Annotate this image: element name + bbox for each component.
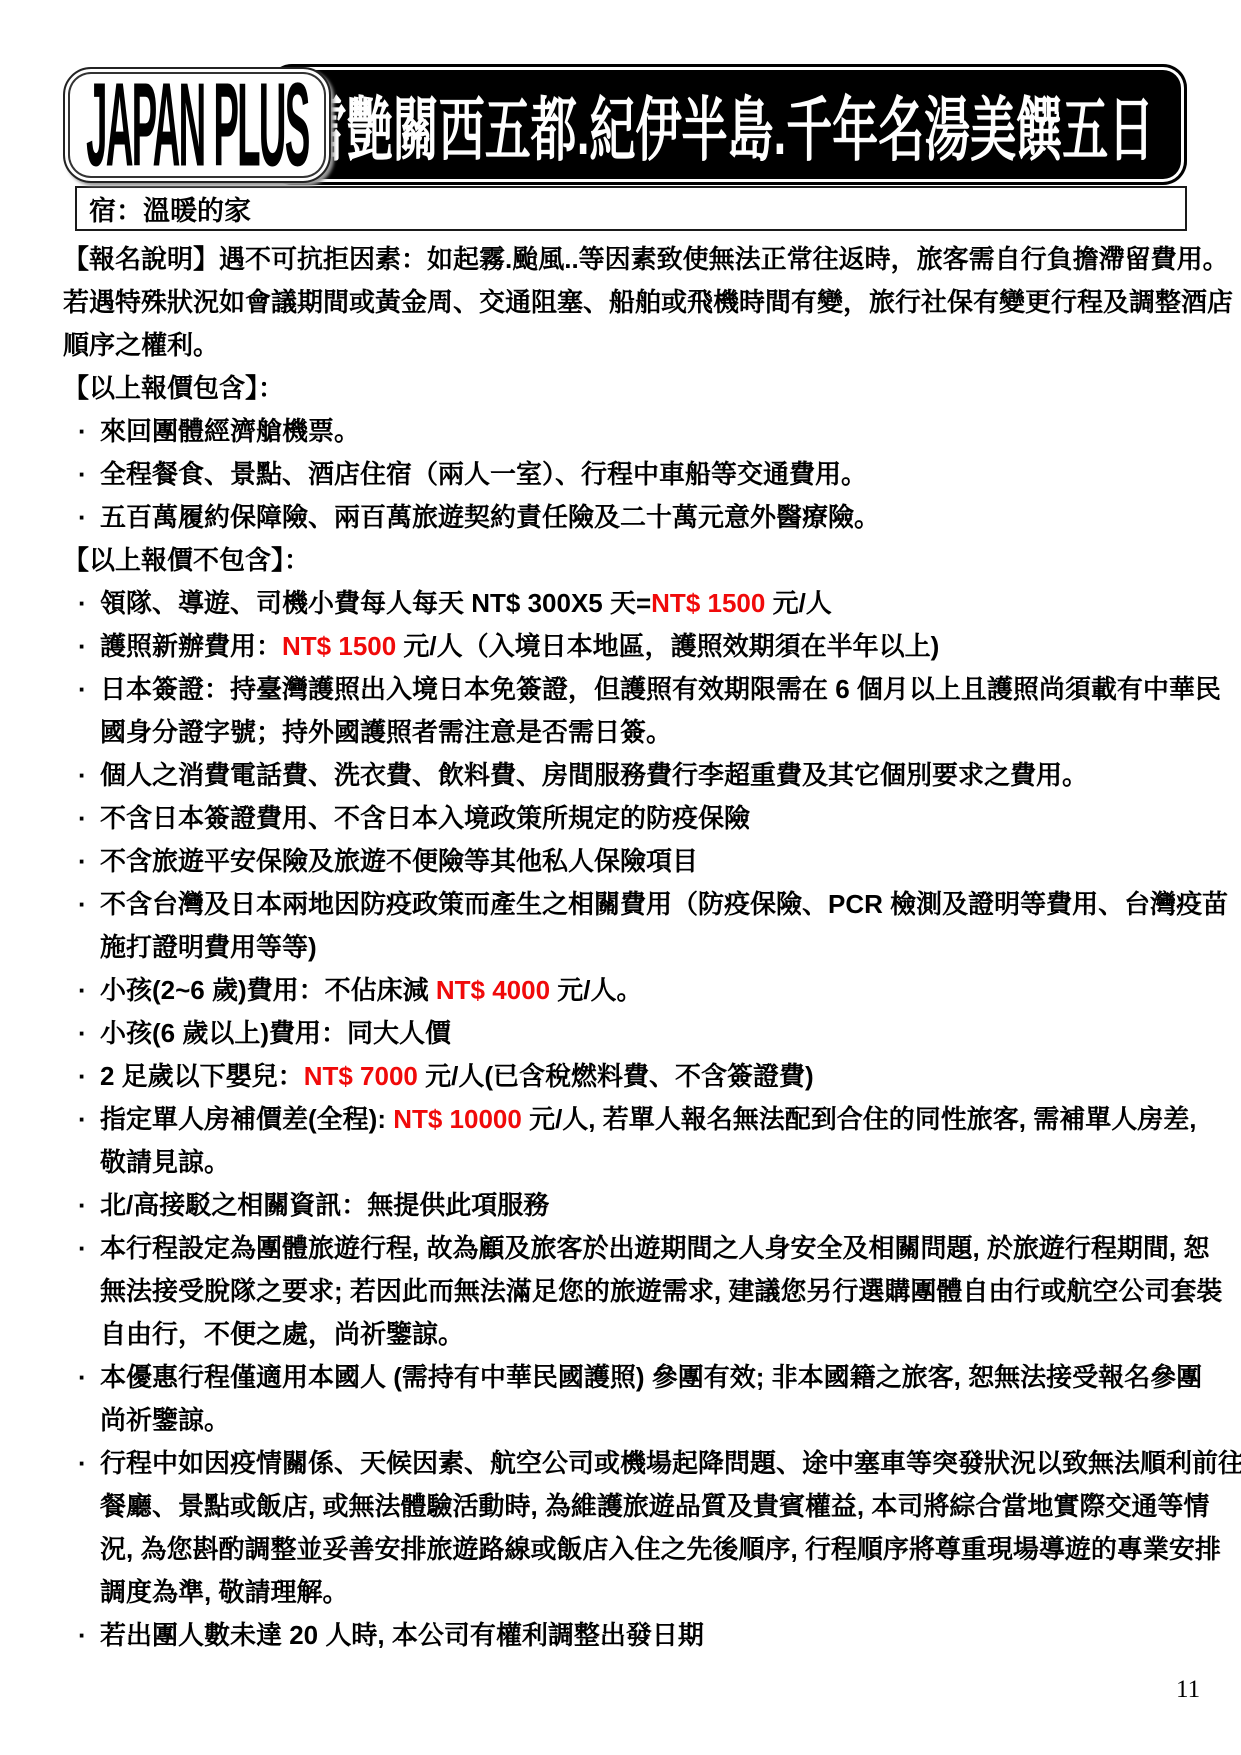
text-line: 尚祈鑒諒。 <box>63 1399 1191 1442</box>
bullet-line: ·不含旅遊平安保險及旅遊不便險等其他私人保險項目 <box>63 840 1191 883</box>
text-segment: 【以上報價不包含】： <box>63 545 310 575</box>
text-segment: 若出團人數未達 20 人時, 本公司有權利調整出發日期 <box>100 1620 704 1650</box>
text-segment: 領隊、導遊、司機小費每人每天 NT$ 300X5 天= <box>100 588 651 618</box>
price-highlight: NT$ 1500 <box>651 588 765 618</box>
bullet-icon: · <box>78 840 87 883</box>
text-segment: 【報名說明】遇不可抗拒因素：如起霧.颱風..等因素致使無法正常往返時，旅客需自行… <box>63 244 1229 274</box>
price-highlight: NT$ 4000 <box>436 975 550 1005</box>
text-segment: 護照新辦費用： <box>100 631 282 661</box>
text-segment: 若遇特殊狀況如會議期間或黃金周、交通阻塞、船舶或飛機時間有變，旅行社保有變更行程… <box>63 287 1233 317</box>
text-line: 自由行，不便之處，尚祈鑒諒。 <box>63 1313 1191 1356</box>
text-line: 餐廳、景點或飯店, 或無法體驗活動時, 為維護旅遊品質及貴賓權益, 本司將綜合當… <box>63 1485 1191 1528</box>
bullet-icon: · <box>78 1614 87 1657</box>
bullet-line: ·行程中如因疫情關係、天候因素、航空公司或機場起降問題、途中塞車等突發狀況以致無… <box>63 1442 1191 1485</box>
text-line: 無法接受脫隊之要求; 若因此而無法滿足您的旅遊需求, 建議您另行選購團體自由行或… <box>63 1270 1191 1313</box>
text-segment: 行程中如因疫情關係、天候因素、航空公司或機場起降問題、途中塞車等突發狀況以致無法… <box>100 1448 1241 1478</box>
text-segment: 不含台灣及日本兩地因防疫政策而產生之相關費用（防疫保險、PCR 檢測及證明等費用… <box>100 889 1228 919</box>
bullet-icon: · <box>78 410 87 453</box>
text-segment: 元/人(已含稅燃料費、不含簽證費) <box>418 1061 814 1091</box>
page-header: 雪艷關西五都.紀伊半島.千年名湯美饌五日 JAPAN PLUS <box>63 64 1187 185</box>
lodging-label: 宿：溫暖的家 <box>77 189 251 228</box>
bullet-line: ·小孩(6 歲以上)費用：同大人價 <box>63 1012 1191 1055</box>
text-segment: 餐廳、景點或飯店, 或無法體驗活動時, 為維護旅遊品質及貴賓權益, 本司將綜合當… <box>100 1491 1209 1521</box>
price-highlight: NT$ 1500 <box>282 631 396 661</box>
text-segment: 無法接受脫隊之要求; 若因此而無法滿足您的旅遊需求, 建議您另行選購團體自由行或… <box>100 1276 1222 1306</box>
bullet-icon: · <box>78 496 87 539</box>
text-segment: 個人之消費電話費、洗衣費、飲料費、房間服務費行李超重費及其它個別要求之費用。 <box>100 760 1088 790</box>
text-segment: 元/人。 <box>550 975 642 1005</box>
bullet-icon: · <box>78 1184 87 1227</box>
bullet-icon: · <box>78 582 87 625</box>
japan-plus-logo: JAPAN PLUS <box>63 67 331 183</box>
bullet-icon: · <box>78 625 87 668</box>
title-banner: 雪艷關西五都.紀伊半島.千年名湯美饌五日 <box>268 64 1187 185</box>
text-segment: 本優惠行程僅適用本國人 (需持有中華民國護照) 參團有效; 非本國籍之旅客, 恕… <box>100 1362 1202 1392</box>
bullet-icon: · <box>78 1055 87 1098</box>
bullet-line: ·不含日本簽證費用、不含日本入境政策所規定的防疫保險 <box>63 797 1191 840</box>
bullet-line: ·小孩(2~6 歲)費用：不佔床減 NT$ 4000 元/人。 <box>63 969 1191 1012</box>
text-segment: 不含日本簽證費用、不含日本入境政策所規定的防疫保險 <box>100 803 750 833</box>
logo-text: JAPAN PLUS <box>86 57 308 194</box>
text-segment: 順序之權利。 <box>63 330 219 360</box>
text-segment: 況, 為您斟酌調整並妥善安排旅遊路線或飯店入住之先後順序, 行程順序將尊重現場導… <box>100 1534 1221 1564</box>
text-line: 施打證明費用等等) <box>63 926 1191 969</box>
price-highlight: NT$ 10000 <box>393 1104 522 1134</box>
text-segment: 五百萬履約保障險、兩百萬旅遊契約責任險及二十萬元意外醫療險。 <box>100 502 880 532</box>
text-segment: 施打證明費用等等) <box>100 932 317 962</box>
text-line: 【報名說明】遇不可抗拒因素：如起霧.颱風..等因素致使無法正常往返時，旅客需自行… <box>63 238 1191 281</box>
tour-title: 雪艷關西五都.紀伊半島.千年名湯美饌五日 <box>301 74 1155 174</box>
text-segment: 元/人, 若單人報名無法配到合住的同性旅客, 需補單人房差, <box>522 1104 1197 1134</box>
text-line: 敬請見諒。 <box>63 1141 1191 1184</box>
text-segment: 北/高接駁之相關資訊：無提供此項服務 <box>100 1190 549 1220</box>
bullet-line: ·若出團人數未達 20 人時, 本公司有權利調整出發日期 <box>63 1614 1191 1657</box>
text-line: 順序之權利。 <box>63 324 1191 367</box>
text-line: 調度為準, 敬請理解。 <box>63 1571 1191 1614</box>
bullet-icon: · <box>78 453 87 496</box>
bullet-line: ·本行程設定為團體旅遊行程, 故為顧及旅客於出遊期間之人身安全及相關問題, 於旅… <box>63 1227 1191 1270</box>
bullet-line: ·北/高接駁之相關資訊：無提供此項服務 <box>63 1184 1191 1227</box>
bullet-line: ·本優惠行程僅適用本國人 (需持有中華民國護照) 參團有效; 非本國籍之旅客, … <box>63 1356 1191 1399</box>
text-line: 若遇特殊狀況如會議期間或黃金周、交通阻塞、船舶或飛機時間有變，旅行社保有變更行程… <box>63 281 1191 324</box>
bullet-icon: · <box>78 883 87 926</box>
text-segment: 小孩(2~6 歲)費用：不佔床減 <box>100 975 436 1005</box>
bullet-icon: · <box>78 1012 87 1055</box>
text-segment: 全程餐食、景點、酒店住宿（兩人一室）、行程中車船等交通費用。 <box>100 459 867 489</box>
text-line: 況, 為您斟酌調整並妥善安排旅遊路線或飯店入住之先後順序, 行程順序將尊重現場導… <box>63 1528 1191 1571</box>
bullet-icon: · <box>78 1442 87 1485</box>
bullet-line: ·2 足歲以下嬰兒：NT$ 7000 元/人(已含稅燃料費、不含簽證費) <box>63 1055 1191 1098</box>
bullet-line: ·護照新辦費用：NT$ 1500 元/人（入境日本地區，護照效期須在半年以上) <box>63 625 1191 668</box>
bullet-line: ·五百萬履約保障險、兩百萬旅遊契約責任險及二十萬元意外醫療險。 <box>63 496 1191 539</box>
bullet-line: ·日本簽證：持臺灣護照出入境日本免簽證，但護照有效期限需在 6 個月以上且護照尚… <box>63 668 1191 711</box>
text-line: 國身分證字號；持外國護照者需注意是否需日簽。 <box>63 711 1191 754</box>
text-segment: 尚祈鑒諒。 <box>100 1405 230 1435</box>
text-segment: 國身分證字號；持外國護照者需注意是否需日簽。 <box>100 717 672 747</box>
bullet-icon: · <box>78 969 87 1012</box>
bullet-icon: · <box>78 1098 87 1141</box>
text-segment: 2 足歲以下嬰兒： <box>100 1061 304 1091</box>
content-lines: 【報名說明】遇不可抗拒因素：如起霧.颱風..等因素致使無法正常往返時，旅客需自行… <box>63 238 1191 1657</box>
text-segment: 元/人（入境日本地區，護照效期須在半年以上) <box>396 631 939 661</box>
text-segment: 小孩(6 歲以上)費用：同大人價 <box>100 1018 451 1048</box>
bullet-line: ·來回團體經濟艙機票。 <box>63 410 1191 453</box>
text-segment: 來回團體經濟艙機票。 <box>100 416 360 446</box>
text-segment: 自由行，不便之處，尚祈鑒諒。 <box>100 1319 464 1349</box>
bullet-icon: · <box>78 754 87 797</box>
bullet-icon: · <box>78 1227 87 1270</box>
bullet-line: ·個人之消費電話費、洗衣費、飲料費、房間服務費行李超重費及其它個別要求之費用。 <box>63 754 1191 797</box>
text-segment: 敬請見諒。 <box>100 1147 230 1177</box>
bullet-icon: · <box>78 797 87 840</box>
text-segment: 調度為準, 敬請理解。 <box>100 1577 348 1607</box>
text-segment: 日本簽證：持臺灣護照出入境日本免簽證，但護照有效期限需在 6 個月以上且護照尚須… <box>100 674 1221 704</box>
bullet-icon: · <box>78 1356 87 1399</box>
document-page: 雪艷關西五都.紀伊半島.千年名湯美饌五日 JAPAN PLUS 宿：溫暖的家 【… <box>0 0 1241 1755</box>
page-number: 11 <box>1176 1676 1200 1704</box>
section-heading: 【以上報價包含】： <box>63 367 1191 410</box>
text-segment: 指定單人房補價差(全程): <box>100 1104 393 1134</box>
bullet-icon: · <box>78 668 87 711</box>
price-highlight: NT$ 7000 <box>304 1061 418 1091</box>
text-segment: 本行程設定為團體旅遊行程, 故為顧及旅客於出遊期間之人身安全及相關問題, 於旅遊… <box>100 1233 1209 1263</box>
section-heading: 【以上報價不包含】： <box>63 539 1191 582</box>
text-segment: 元/人 <box>765 588 831 618</box>
text-segment: 不含旅遊平安保險及旅遊不便險等其他私人保險項目 <box>100 846 698 876</box>
text-segment: 【以上報價包含】： <box>63 373 284 403</box>
bullet-line: ·全程餐食、景點、酒店住宿（兩人一室）、行程中車船等交通費用。 <box>63 453 1191 496</box>
bullet-line: ·領隊、導遊、司機小費每人每天 NT$ 300X5 天=NT$ 1500 元/人 <box>63 582 1191 625</box>
bullet-line: ·不含台灣及日本兩地因防疫政策而產生之相關費用（防疫保險、PCR 檢測及證明等費… <box>63 883 1191 926</box>
bullet-line: ·指定單人房補價差(全程): NT$ 10000 元/人, 若單人報名無法配到合… <box>63 1098 1191 1141</box>
